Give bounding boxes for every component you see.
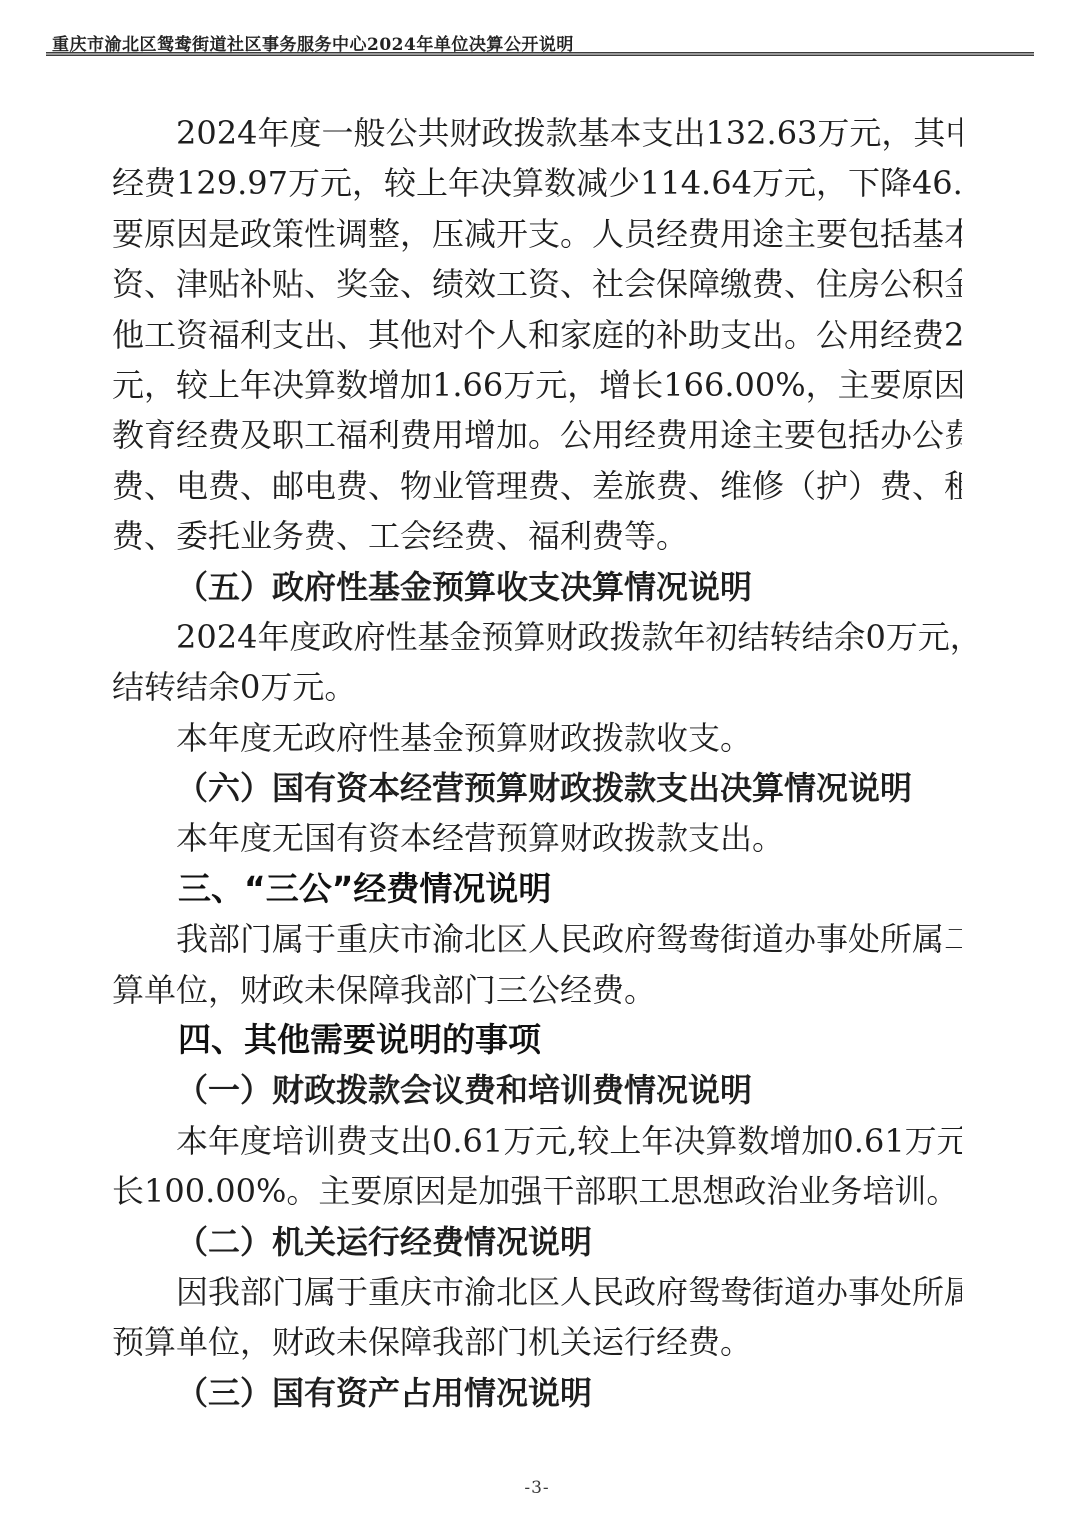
- paragraph: 本年度培训费支出0.61万元,较上年决算数增加0.61万元，增长100.00%。…: [112, 1116, 962, 1217]
- text-line: 结转结余0万元。: [112, 662, 962, 712]
- section-heading: 四、其他需要说明的事项: [112, 1015, 962, 1065]
- text-line: 我部门属于重庆市渝北区人民政府鸳鸯街道办事处所属二级预: [112, 914, 962, 964]
- text-line: 本年度培训费支出0.61万元,较上年决算数增加0.61万元，增: [112, 1116, 962, 1166]
- text-line: 因我部门属于重庆市渝北区人民政府鸳鸯街道办事处所属二级: [112, 1267, 962, 1317]
- document-page: 重庆市渝北区鸳鸯街道社区事务服务中心2024年单位决算公开说明 2024年度一般…: [0, 0, 1074, 1520]
- paragraph: 因我部门属于重庆市渝北区人民政府鸳鸯街道办事处所属二级预算单位，财政未保障我部门…: [112, 1267, 962, 1368]
- text-line: （二）机关运行经费情况说明: [112, 1217, 962, 1267]
- sub-heading: （二）机关运行经费情况说明: [112, 1217, 962, 1267]
- text-line: 四、其他需要说明的事项: [112, 1015, 962, 1065]
- text-line: 资、津贴补贴、奖金、绩效工资、社会保障缴费、住房公积金、其: [112, 259, 962, 309]
- text-line: 元，较上年决算数增加1.66万元，增长166.00%，主要原因是职工: [112, 360, 962, 410]
- text-line: 费、电费、邮电费、物业管理费、差旅费、维修（护）费、租赁: [112, 461, 962, 511]
- text-line: 本年度无政府性基金预算财政拨款收支。: [112, 713, 962, 763]
- text-line: （三）国有资产占用情况说明: [112, 1368, 962, 1418]
- header-divider: [46, 52, 1034, 56]
- text-line: 预算单位，财政未保障我部门机关运行经费。: [112, 1317, 962, 1367]
- sub-heading: （六）国有资本经营预算财政拨款支出决算情况说明: [112, 763, 962, 813]
- sub-heading: （五）政府性基金预算收支决算情况说明: [112, 562, 962, 612]
- text-line: 长100.00%。主要原因是加强干部职工思想政治业务培训。: [112, 1166, 962, 1216]
- text-line: （一）财政拨款会议费和培训费情况说明: [112, 1065, 962, 1115]
- text-line: 本年度无国有资本经营预算财政拨款支出。: [112, 813, 962, 863]
- section-heading: 三、“三公”经费情况说明: [112, 864, 962, 914]
- text-line: 要原因是政策性调整，压减开支。人员经费用途主要包括基本工: [112, 209, 962, 259]
- paragraph: 2024年度政府性基金预算财政拨款年初结转结余0万元，年末结转结余0万元。: [112, 612, 962, 713]
- paragraph: 本年度无政府性基金预算财政拨款收支。: [112, 713, 962, 763]
- text-line: 经费129.97万元，较上年决算数减少114.64万元，下降46.87%，主: [112, 158, 962, 208]
- page-number: -3-: [0, 1478, 1074, 1498]
- text-line: 2024年度政府性基金预算财政拨款年初结转结余0万元，年末: [112, 612, 962, 662]
- text-line: 2024年度一般公共财政拨款基本支出132.63万元，其中：人员: [112, 108, 962, 158]
- paragraph: 本年度无国有资本经营预算财政拨款支出。: [112, 813, 962, 863]
- text-line: 三、“三公”经费情况说明: [112, 864, 962, 914]
- text-line: 费、委托业务费、工会经费、福利费等。: [112, 511, 962, 561]
- sub-heading: （三）国有资产占用情况说明: [112, 1368, 962, 1418]
- text-line: 他工资福利支出、其他对个人和家庭的补助支出。公用经费2.66万: [112, 310, 962, 360]
- sub-heading: （一）财政拨款会议费和培训费情况说明: [112, 1065, 962, 1115]
- text-line: 教育经费及职工福利费用增加。公用经费用途主要包括办公费、水: [112, 410, 962, 460]
- paragraph: 我部门属于重庆市渝北区人民政府鸳鸯街道办事处所属二级预算单位，财政未保障我部门三…: [112, 914, 962, 1015]
- text-line: （六）国有资本经营预算财政拨款支出决算情况说明: [112, 763, 962, 813]
- text-line: 算单位，财政未保障我部门三公经费。: [112, 965, 962, 1015]
- text-line: （五）政府性基金预算收支决算情况说明: [112, 562, 962, 612]
- document-body: 2024年度一般公共财政拨款基本支出132.63万元，其中：人员经费129.97…: [112, 108, 962, 1418]
- paragraph: 2024年度一般公共财政拨款基本支出132.63万元，其中：人员经费129.97…: [112, 108, 962, 562]
